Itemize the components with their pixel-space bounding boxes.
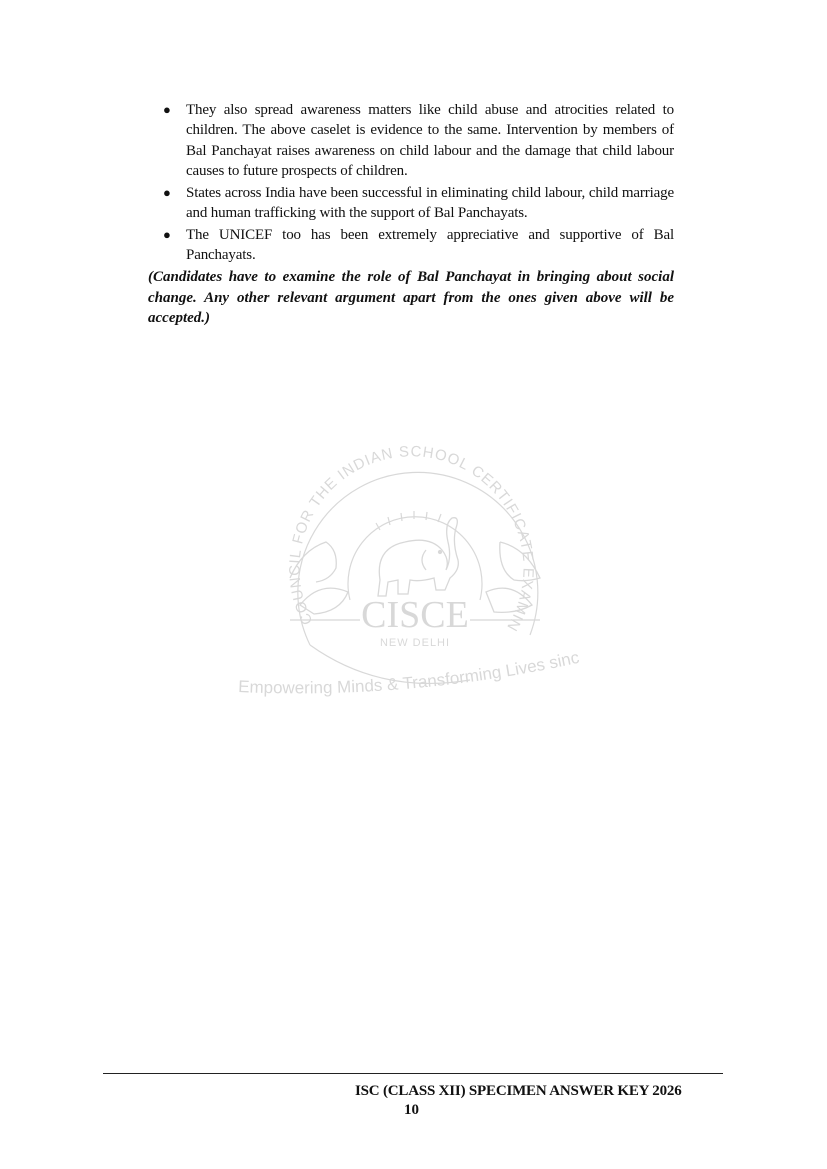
answer-bullet-list: ● They also spread awareness matters lik… [148, 100, 674, 265]
bullet-item: ● The UNICEF too has been extremely appr… [148, 225, 674, 266]
bullet-text: They also spread awareness matters like … [186, 102, 674, 179]
bullet-item: ● States across India have been successf… [148, 183, 674, 224]
bullet-text: States across India have been successful… [186, 185, 674, 221]
cisce-watermark: COUNCIL FOR THE INDIAN SCHOOL CERTIFICAT… [230, 430, 600, 710]
bullet-text: The UNICEF too has been extremely apprec… [186, 227, 674, 263]
bullet-icon: ● [163, 183, 171, 203]
footer-divider [103, 1073, 723, 1074]
footer-title: ISC (CLASS XII) SPECIMEN ANSWER KEY 2026 [355, 1083, 682, 1100]
watermark-acronym: CISCE [361, 594, 469, 636]
examiner-note: (Candidates have to examine the role of … [148, 267, 674, 328]
bullet-item: ● They also spread awareness matters lik… [148, 100, 674, 181]
page-content: ● They also spread awareness matters lik… [148, 100, 674, 328]
page-number: 10 [404, 1102, 419, 1119]
bullet-icon: ● [163, 225, 171, 245]
watermark-city: NEW DELHI [380, 637, 450, 649]
bullet-icon: ● [163, 100, 171, 120]
